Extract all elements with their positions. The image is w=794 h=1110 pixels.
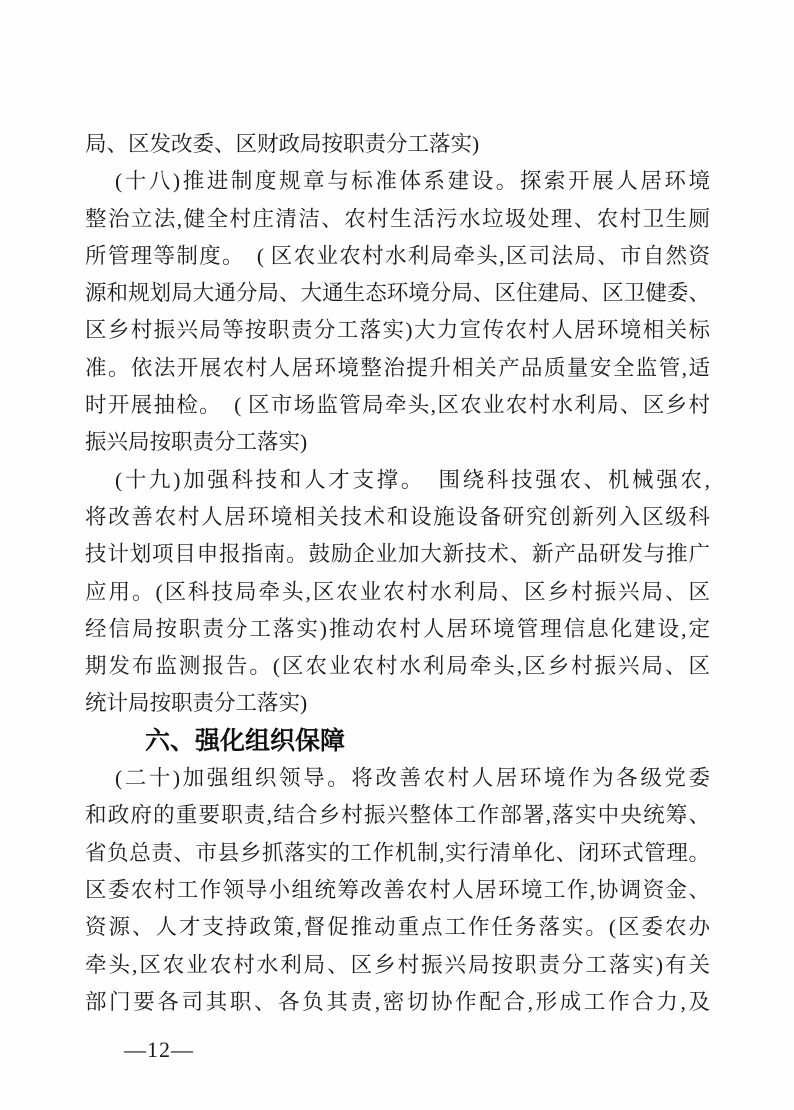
paragraph-line: 区乡村振兴局等按职责分工落实)大力宣传农村人居环境相关标	[85, 312, 710, 349]
paragraph-line: 时开展抽检。 ( 区市场监管局牵头,区农业农村水利局、区乡村	[85, 387, 710, 424]
paragraph-line: 期发布监测报告。(区农业农村水利局牵头,区乡村振兴局、区	[85, 648, 710, 685]
paragraph-line: 应用。(区科技局牵头,区农业农村水利局、区乡村振兴局、区	[85, 574, 710, 611]
paragraph-line: 牵头,区农业农村水利局、区乡村振兴局按职责分工落实)有关	[85, 947, 710, 984]
document-page: 局、区发改委、区财政局按职责分工落实) (十八)推进制度规章与标准体系建设。探索…	[0, 0, 794, 1110]
paragraph-line: 振兴局按职责分工落实)	[85, 424, 710, 461]
paragraph-line: 省负总责、市县乡抓落实的工作机制,实行清单化、闭环式管理。	[85, 835, 710, 872]
paragraph-line: 整治立法,健全村庄清洁、农村生活污水垃圾处理、农村卫生厕	[85, 201, 710, 238]
paragraph-line: 区委农村工作领导小组统筹改善农村人居环境工作,协调资金、	[85, 872, 710, 909]
paragraph-line: 将改善农村人居环境相关技术和设施设备研究创新列入区级科	[85, 499, 710, 536]
paragraph-line: 统计局按职责分工落实)	[85, 685, 710, 722]
paragraph-line: 技计划项目申报指南。鼓励企业加大新技术、新产品研发与推广	[85, 536, 710, 573]
paragraph-line: 准。依法开展农村人居环境整治提升相关产品质量安全监管,适	[85, 350, 710, 387]
paragraph-line: 经信局按职责分工落实)推动农村人居环境管理信息化建设,定	[85, 611, 710, 648]
paragraph-line: 资源、人才支持政策,督促推动重点工作任务落实。(区委农办	[85, 909, 710, 946]
page-number: —12—	[124, 1038, 194, 1062]
paragraph-line: 部门要各司其职、各负其责,密切协作配合,形成工作合力,及	[85, 984, 710, 1021]
section-heading: 六、强化组织保障	[85, 723, 710, 760]
paragraph-line: 所管理等制度。 ( 区农业农村水利局牵头,区司法局、市自然资	[85, 238, 710, 275]
paragraph-line: 局、区发改委、区财政局按职责分工落实)	[85, 126, 710, 163]
paragraph-line: (二十)加强组织领导。将改善农村人居环境作为各级党委	[85, 760, 710, 797]
paragraph-line: (十八)推进制度规章与标准体系建设。探索开展人居环境	[85, 163, 710, 200]
paragraph-line: 和政府的重要职责,结合乡村振兴整体工作部署,落实中央统筹、	[85, 797, 710, 834]
document-body: 局、区发改委、区财政局按职责分工落实) (十八)推进制度规章与标准体系建设。探索…	[85, 126, 710, 1021]
paragraph-line: (十九)加强科技和人才支撑。 围绕科技强农、机械强农,	[85, 462, 710, 499]
paragraph-line: 源和规划局大通分局、大通生态环境分局、区住建局、区卫健委、	[85, 275, 710, 312]
